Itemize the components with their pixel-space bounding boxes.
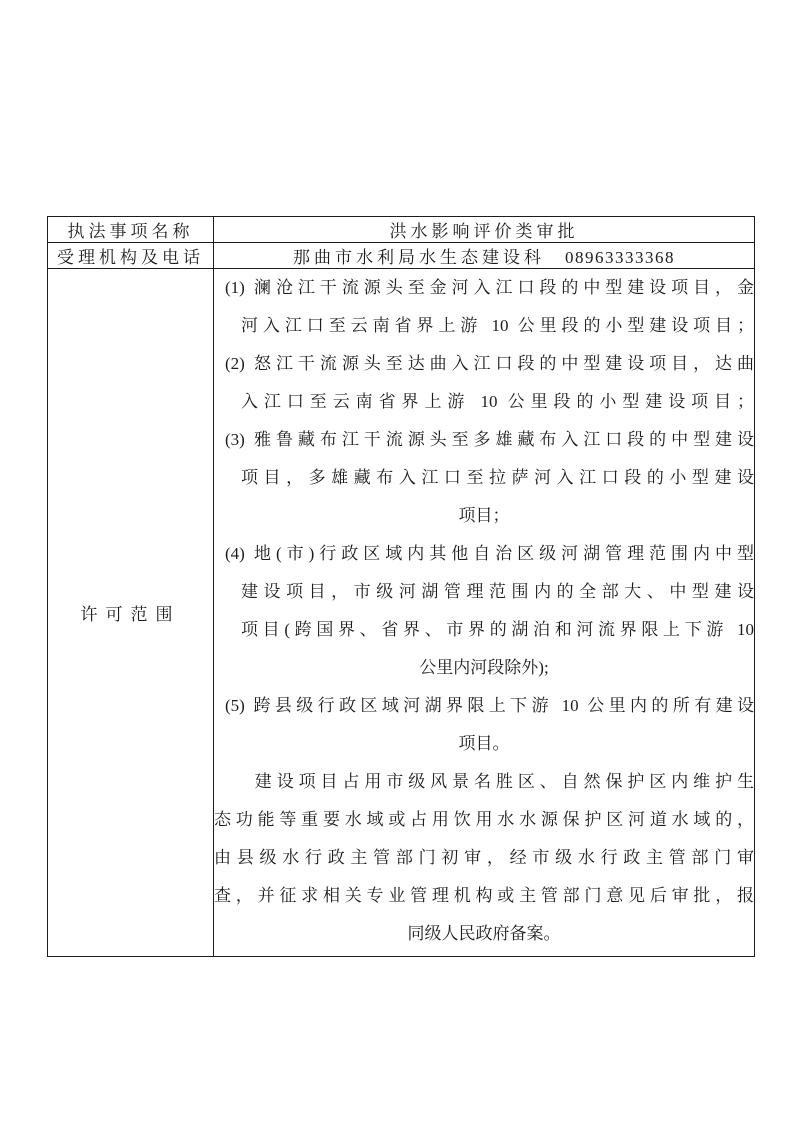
permit-scope-line: (2) 怒江干流源头至达曲入江口段的中型建设项目，达曲 <box>225 345 754 383</box>
enforcement-item-value-cell: 洪水影响评价类审批 <box>214 217 755 243</box>
permit-scope-line: (3) 雅鲁藏布江干流源头至多雄藏布入江口段的中型建设 <box>225 421 754 459</box>
permit-scope-line: 态功能等重要水域或占用饮用水水源保护区河道水域的， <box>214 801 754 839</box>
row-enforcement-item: 执法事项名称 洪水影响评价类审批 <box>48 217 755 243</box>
permit-scope-line: 入江口至云南省界上游 10 公里段的小型建设项目； <box>241 383 754 421</box>
accepting-agency-label: 受理机构及电话 <box>57 248 204 267</box>
agency-phone: 08963333368 <box>565 248 675 267</box>
agency-name: 那曲市水利局水生态建设科 <box>293 248 545 267</box>
permit-scope-line: (1) 澜沧江干流源头至金河入江口段的中型建设项目，金 <box>225 269 754 307</box>
row-accepting-agency: 受理机构及电话 那曲市水利局水生态建设科08963333368 <box>48 243 755 269</box>
permit-scope-line: 建设项目占用市级风景名胜区、自然保护区内维护生 <box>214 763 754 801</box>
permit-scope-line: 同级人民政府备案。 <box>214 915 754 953</box>
permit-scope-line: (5) 跨县级行政区域河湖界限上下游 10 公里内的所有建设 <box>225 687 754 725</box>
row-permit-scope: 许可范围 (1) 澜沧江干流源头至金河入江口段的中型建设项目，金 河入江口至云南… <box>48 269 755 957</box>
enforcement-item-value: 洪水影响评价类审批 <box>390 222 579 241</box>
permit-scope-line: 建设项目，市级河湖管理范围内的全部大、中型建设 <box>241 573 754 611</box>
permit-scope-line: 公里内河段除外); <box>214 649 754 687</box>
permit-scope-line: 河入江口至云南省界上游 10 公里段的小型建设项目； <box>241 307 754 345</box>
permit-scope-label-cell: 许可范围 <box>48 269 214 957</box>
permit-scope-line: (4) 地(市)行政区域内其他自治区级河湖管理范围内中型 <box>225 535 754 573</box>
permit-scope-line: 查，并征求相关专业管理机构或主管部门意见后审批，报 <box>214 877 754 915</box>
permit-scope-line: 项目(跨国界、省界、市界的湖泊和河流界限上下游 10 <box>241 611 754 649</box>
permit-scope-line: 由县级水行政主管部门初审，经市级水行政主管部门审 <box>214 839 754 877</box>
permit-scope-line: 项目。 <box>214 725 754 763</box>
permit-scope-line: 项目，多雄藏布入江口至拉萨河入江口段的小型建设 <box>241 459 754 497</box>
permit-scope-label: 许可范围 <box>81 605 181 624</box>
enforcement-item-label-cell: 执法事项名称 <box>48 217 214 243</box>
enforcement-item-label: 执法事项名称 <box>68 222 194 241</box>
document-page: 执法事项名称 洪水影响评价类审批 受理机构及电话 那曲市水利局水生态建设科089… <box>0 0 793 1122</box>
permit-scope-line: 项目； <box>214 497 754 535</box>
accepting-agency-label-cell: 受理机构及电话 <box>48 243 214 269</box>
permit-scope-value-cell: (1) 澜沧江干流源头至金河入江口段的中型建设项目，金 河入江口至云南省界上游 … <box>214 269 755 957</box>
accepting-agency-value-cell: 那曲市水利局水生态建设科08963333368 <box>214 243 755 269</box>
permit-info-table: 执法事项名称 洪水影响评价类审批 受理机构及电话 那曲市水利局水生态建设科089… <box>47 216 755 957</box>
